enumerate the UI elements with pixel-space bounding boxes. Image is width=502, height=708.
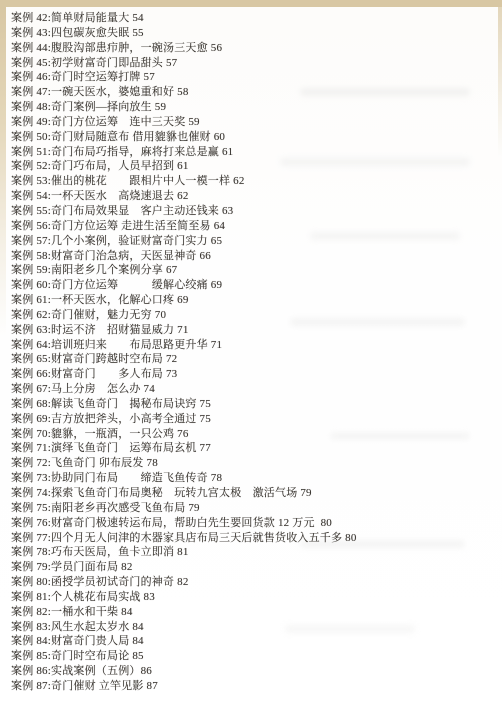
toc-entry: 案例 55:奇门布局效果显 客户主动还钱来 63 <box>11 204 491 219</box>
toc-entry: 案例 45:初学财富奇门即品甜头 57 <box>11 56 491 71</box>
toc-entry: 案例 68:解读飞鱼奇门 揭秘布局诀窍 75 <box>11 397 491 412</box>
toc-entry: 案例 87:奇门催财 立竿见影 87 <box>11 679 491 694</box>
toc-entry: 案例 69:吉方放把斧头，小高考全通过 75 <box>11 412 491 427</box>
page-top-edge <box>0 0 502 7</box>
toc-entry: 案例 83:风生水起太岁水 84 <box>11 620 491 635</box>
toc-entry: 案例 44:腹股沟部患疖肿，一碗汤三天愈 56 <box>11 41 491 56</box>
toc-entry: 案例 81:个人桃花布局实战 83 <box>11 590 491 605</box>
toc-entry: 案例 48:奇门案例—择向放生 59 <box>11 100 491 115</box>
toc-entry: 案例 42:简单财局能量大 54 <box>11 11 491 26</box>
toc-entry: 案例 66:财富奇门 多人布局 73 <box>11 367 491 382</box>
scanned-book-page: 案例 42:简单财局能量大 54案例 43:四包碳灰愈失眠 55案例 44:腹股… <box>0 0 502 708</box>
toc-entry: 案例 50:奇门财局随意布 借用貔貅也催财 60 <box>11 130 491 145</box>
page-left-edge <box>0 7 6 337</box>
toc-entry: 案例 47:一碗天医水，婆媳重和好 58 <box>11 85 491 100</box>
toc-entry: 案例 49:奇门方位运筹 连中三天奖 59 <box>11 115 491 130</box>
toc-entry: 案例 59:南阳老乡几个案例分享 67 <box>11 263 491 278</box>
toc-entry: 案例 52:奇门巧布局，人员早招到 61 <box>11 159 491 174</box>
toc-entry: 案例 70:貔貅，一瓶酒，一只公鸡 76 <box>11 427 491 442</box>
toc-entry: 案例 75:南阳老乡再次感受飞鱼布局 79 <box>11 501 491 516</box>
toc-entry: 案例 73:协助同门布局 缔造飞鱼传奇 78 <box>11 471 491 486</box>
toc-entry: 案例 53:催出的桃花 跟相片中人一模一样 62 <box>11 174 491 189</box>
page-right-edge <box>498 7 502 157</box>
toc-entry: 案例 82:一桶水和干柴 84 <box>11 605 491 620</box>
toc-entry: 案例 67:马上分房 怎么办 74 <box>11 382 491 397</box>
toc-entry: 案例 74:探索飞鱼奇门布局奥秘 玩转九宫太极 激活气场 79 <box>11 486 491 501</box>
toc-entry: 案例 60:奇门方位运筹 缓解心绞痛 69 <box>11 278 491 293</box>
toc-entry: 案例 51:奇门布局巧指导，麻将打来总是赢 61 <box>11 145 491 160</box>
toc-entry: 案例 76:财富奇门极速转运布局，帮助白先生要回货款 12 万元 80 <box>11 516 491 531</box>
toc-entry: 案例 85:奇门时空布局论 85 <box>11 649 491 664</box>
toc-entry: 案例 46:奇门时空运筹打牌 57 <box>11 70 491 85</box>
toc-entry: 案例 64:培训班归来 布局思路更升华 71 <box>11 338 491 353</box>
toc-entry: 案例 80:函授学员初试奇门的神奇 82 <box>11 575 491 590</box>
toc-entry: 案例 61:一杯天医水，化解心口疼 69 <box>11 293 491 308</box>
toc-entry: 案例 57:几个小案例，验证财富奇门实力 65 <box>11 234 491 249</box>
toc-entry: 案例 58:财富奇门治急病，天医显神奇 66 <box>11 249 491 264</box>
toc-entry: 案例 54:一杯天医水 高烧速退去 62 <box>11 189 491 204</box>
toc-entry: 案例 79:学员门面布局 82 <box>11 560 491 575</box>
toc-entry: 案例 72:飞鱼奇门 卯布辰发 78 <box>11 456 491 471</box>
toc-entry: 案例 84:财富奇门贵人局 84 <box>11 634 491 649</box>
toc-entry: 案例 56:奇门方位运筹 走进生活至简至易 64 <box>11 219 491 234</box>
toc-entry: 案例 71:演绎飞鱼奇门 运筹布局玄机 77 <box>11 441 491 456</box>
table-of-contents: 案例 42:简单财局能量大 54案例 43:四包碳灰愈失眠 55案例 44:腹股… <box>11 11 491 694</box>
toc-entry: 案例 43:四包碳灰愈失眠 55 <box>11 26 491 41</box>
toc-entry: 案例 78:巧布天医局，鱼卡立即消 81 <box>11 545 491 560</box>
toc-entry: 案例 63:时运不济 招财猫显威力 71 <box>11 323 491 338</box>
toc-entry: 案例 65:财富奇门跨越时空布局 72 <box>11 352 491 367</box>
toc-entry: 案例 77:四个月无人问津的木器家具店布局三天后就售货收入五千多 80 <box>11 531 491 546</box>
toc-entry: 案例 62:奇门催财，魅力无穷 70 <box>11 308 491 323</box>
toc-entry: 案例 86:实战案例（五例）86 <box>11 664 491 679</box>
